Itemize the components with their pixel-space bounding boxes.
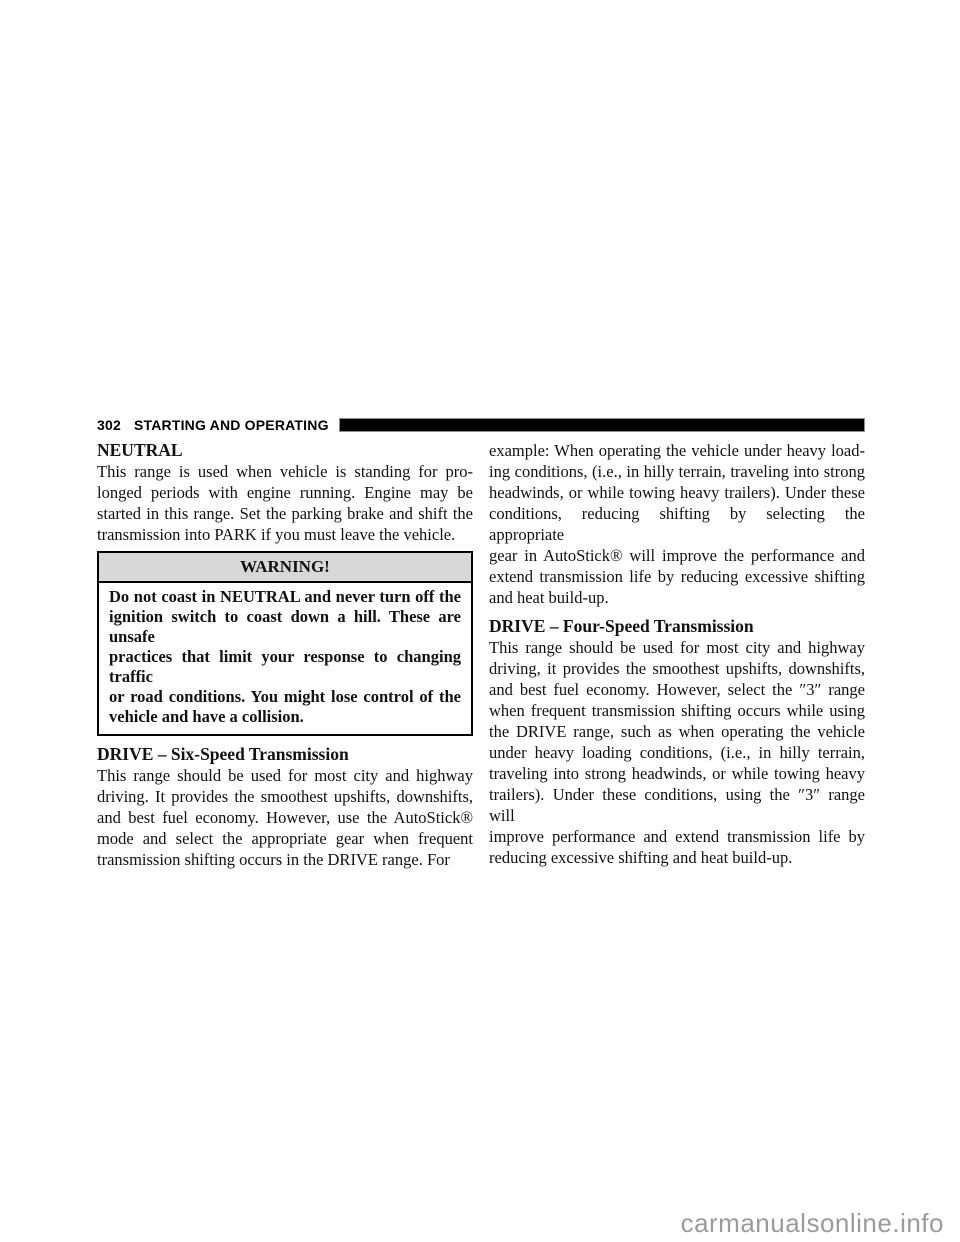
text-line: or road conditions. You might lose contr… [109,687,461,707]
text-line: driving. It provides the smoothest upshi… [97,786,473,807]
right-column: example: When operating the vehicle unde… [489,440,865,870]
text-columns: NEUTRALThis range is used when vehicle i… [97,440,865,870]
text-line: started in this range. Set the parking b… [97,503,473,524]
text-line: example: When operating the vehicle unde… [489,440,865,461]
manual-page: 302 STARTING AND OPERATING NEUTRALThis r… [0,0,960,1242]
warning-body: Do not coast in NEUTRAL and never turn o… [99,583,471,734]
text-line: longed periods with engine running. Engi… [97,482,473,503]
text-line: extend transmission life by reducing exc… [489,566,865,587]
paragraph: This range is used when vehicle is stand… [97,461,473,545]
header-rule [339,418,865,432]
text-line: and best fuel economy. However, use the … [97,807,473,828]
text-line: This range should be used for most city … [97,765,473,786]
text-line: ing conditions, (i.e., in hilly terrain,… [489,461,865,482]
text-line: the DRIVE range, such as when operating … [489,721,865,742]
text-line: conditions, reducing shifting by selecti… [489,503,865,545]
text-line: practices that limit your response to ch… [109,647,461,687]
text-line: gear in AutoStick® will improve the perf… [489,545,865,566]
header-title: STARTING AND OPERATING [134,417,329,433]
text-line: transmission shifting occurs in the DRIV… [97,849,473,870]
text-line: under heavy loading conditions, (i.e., i… [489,742,865,763]
text-line: reducing excessive shifting and heat bui… [489,847,865,868]
text-line: traveling into strong headwinds, or whil… [489,763,865,784]
text-line: improve performance and extend transmiss… [489,826,865,847]
text-line: trailers). Under these conditions, using… [489,784,865,826]
text-line: ignition switch to coast down a hill. Th… [109,607,461,647]
text-line: driving, it provides the smoothest upshi… [489,658,865,679]
section-heading: DRIVE – Four-Speed Transmission [489,616,865,637]
text-line: mode and select the appropriate gear whe… [97,828,473,849]
warning-box: WARNING!Do not coast in NEUTRAL and neve… [97,551,473,736]
text-line: and heat build-up. [489,587,865,608]
text-line: and best fuel economy. However, select t… [489,679,865,700]
left-column: NEUTRALThis range is used when vehicle i… [97,440,473,870]
text-line: when frequent transmission shifting occu… [489,700,865,721]
watermark: carmanualsonline.info [681,1208,944,1239]
text-line: Do not coast in NEUTRAL and never turn o… [109,587,461,607]
text-line: This range should be used for most city … [489,637,865,658]
section-heading: DRIVE – Six-Speed Transmission [97,744,473,765]
text-line: vehicle and have a collision. [109,707,461,727]
page-number: 302 [97,417,121,433]
paragraph: example: When operating the vehicle unde… [489,440,865,608]
page-header: 302 STARTING AND OPERATING [97,417,865,433]
paragraph: This range should be used for most city … [97,765,473,870]
text-line: This range is used when vehicle is stand… [97,461,473,482]
warning-title: WARNING! [99,553,471,583]
text-line: transmission into PARK if you must leave… [97,524,473,545]
section-heading: NEUTRAL [97,440,473,461]
paragraph: This range should be used for most city … [489,637,865,868]
text-line: headwinds, or while towing heavy trailer… [489,482,865,503]
